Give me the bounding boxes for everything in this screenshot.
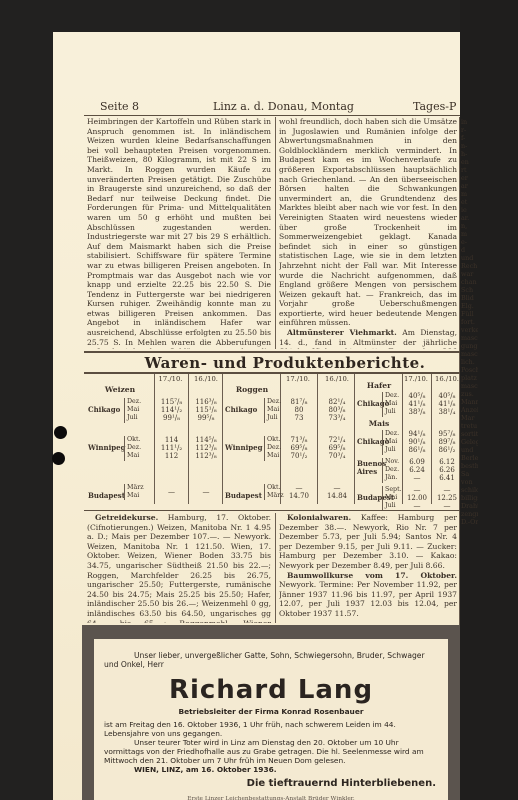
- commodity-label: Weizen: [86, 386, 154, 394]
- table-divider: [402, 374, 403, 504]
- column-divider: [275, 117, 276, 349]
- table-divider: [431, 374, 432, 504]
- commodity-label: Hafer: [355, 382, 403, 390]
- article-right: wohl freundlich, doch haben sich die Ums…: [279, 117, 457, 349]
- fragment-text: n,: [461, 222, 478, 230]
- market-label: Winnipeg: [88, 444, 125, 452]
- month-list: Okt. Dez. Mai: [264, 436, 281, 461]
- price-table: 17./10.16./10.17./10.16./10.17./10.16./1…: [86, 374, 460, 504]
- date-header: 17./10.: [402, 375, 430, 383]
- punch-hole: [54, 426, 67, 439]
- price-value: —: [190, 488, 222, 496]
- fragment-text: Mar: [461, 414, 478, 422]
- fragment-text: Berle: [461, 454, 478, 462]
- market-label: Budapest: [88, 492, 125, 500]
- price-value: — 14.84: [319, 484, 355, 500]
- month-list: Nov. Dez. Jän.: [382, 458, 399, 483]
- fragment-text: und: [461, 254, 478, 262]
- fragment-text: r-: [461, 126, 478, 134]
- price-value: 81⁷/₈ 80 73: [282, 398, 316, 423]
- fragment-text: Elg.: [461, 302, 478, 310]
- page-label: Seite 8: [100, 100, 139, 113]
- month-list: Dez. Mai Juli: [124, 398, 141, 423]
- notice-place-date: WIEN, LINZ, am 16. Oktober 1936.: [104, 766, 440, 775]
- deceased-name: Richard Lang: [94, 675, 448, 705]
- date-header: 16./10.: [432, 375, 462, 383]
- fragment-text: Füll: [461, 310, 478, 318]
- baumwolle-text: Newyork. Termine: Per November 11.92, pe…: [279, 580, 457, 618]
- fragment-text: sortit: [461, 430, 478, 438]
- fragment-text: von: [461, 478, 478, 486]
- fragment-text: schilo: [461, 486, 478, 494]
- price-value: 115⁷/₈ 114¹/₂ 99¹/₈: [156, 398, 187, 423]
- fragment-text: n-: [461, 142, 478, 150]
- fragment-text: Posch: [461, 366, 478, 374]
- viehmarkt-title: Altmünsterer Viehmarkt.: [287, 328, 397, 337]
- fragment-text: zengru: [461, 510, 478, 518]
- month-list: Sept. Mai Juli: [382, 486, 402, 511]
- price-value: 6.12 6.26 6.41: [433, 458, 461, 483]
- fragment-text: f-: [461, 134, 478, 142]
- deceased-position: Betriebsleiter der Firma Konrad Rosenbau…: [94, 707, 448, 716]
- fragment-text: d: [461, 246, 478, 254]
- market-label: Chikago: [225, 406, 257, 414]
- baumwolle-title: Baumwollkurse vom 17. Oktober.: [287, 571, 457, 580]
- header-rule: [84, 115, 460, 116]
- commodity-label: Roggen: [223, 386, 281, 394]
- adjacent-column-fragment: inr-f-n-h-enrterarmetiear.n,me-dundRechw…: [461, 118, 478, 798]
- fragment-text: Rech: [461, 262, 478, 270]
- fragment-text: er: [461, 174, 478, 182]
- month-list: Okt. Dez. Mai: [124, 436, 141, 461]
- fragment-text: D.-Or.: [461, 518, 478, 526]
- fragment-text: Draht: [461, 502, 478, 510]
- article-left-text: Heimbringen der Kartoffeln und Rüben sta…: [87, 117, 271, 349]
- paper-name-fragment: Tages-P: [413, 100, 456, 113]
- fragment-text: e-: [461, 238, 478, 246]
- price-value: — 12.25 —: [433, 486, 461, 511]
- price-value: 72¹/₄ 69⁵/₈ 70³/₄: [319, 436, 355, 461]
- fragment-text: Anzei: [461, 406, 478, 414]
- notice-text: ist am Freitag den 16. Oktober 1936, 1 U…: [104, 721, 440, 774]
- kolonialwaren-title: Kolonialwaren.: [287, 513, 351, 522]
- fragment-text: war: [461, 270, 478, 278]
- fragment-text: masch: [461, 334, 478, 342]
- price-value: — 14.70: [282, 484, 316, 500]
- month-list: Okt. März: [264, 484, 284, 500]
- market-label: Budapest: [225, 492, 262, 500]
- fragment-text: zus.: [461, 390, 478, 398]
- commodity-label: Mais: [355, 420, 403, 428]
- fragment-text: Blid: [461, 294, 478, 302]
- price-value: —: [156, 488, 187, 496]
- fragment-text: et: [461, 198, 478, 206]
- date-header: 17./10.: [154, 375, 187, 383]
- fragment-text: platz: [461, 374, 478, 382]
- price-value: 95⁷/₈ 89⁷/₈ 86¹/₂: [433, 430, 461, 455]
- table-bottom-rule: [84, 510, 460, 511]
- notice-body-1: ist am Freitag den 16. Oktober 1936, 1 U…: [104, 721, 440, 739]
- price-value: 6.09 6.24 —: [404, 458, 430, 483]
- month-list: Dez. Mai Juli: [382, 430, 399, 455]
- dateline: Linz a. d. Donau, Montag: [213, 100, 354, 113]
- fragment-text: tretu: [461, 422, 478, 430]
- market-label: Winnipeg: [225, 444, 262, 452]
- price-value: — 12.00 —: [404, 486, 430, 511]
- article-right-text: wohl freundlich, doch haben sich die Ums…: [279, 117, 457, 328]
- month-list: Dez. Mai Juli: [264, 398, 281, 423]
- fragment-text: besth.: [461, 462, 478, 470]
- month-list: Dez. Mai Juli: [382, 392, 399, 417]
- price-value: 114 111¹/₂ 112: [156, 436, 187, 461]
- section-rule: [84, 351, 460, 353]
- fragment-text: Sa: [461, 470, 478, 478]
- market-reports-right: Kolonialwaren. Kaffee: Hamburg per Dezem…: [279, 513, 457, 623]
- price-value: 116³/₈ 115¹/₈ 99⁵/₈: [190, 398, 222, 423]
- fragment-text: h-: [461, 150, 478, 158]
- fragment-text: masch: [461, 382, 478, 390]
- date-header: 16./10.: [318, 375, 356, 383]
- table-divider: [188, 374, 189, 504]
- notice-body-2: Unser teurer Toter wird in Linz am Diens…: [104, 739, 440, 766]
- table-divider: [317, 374, 318, 504]
- date-header: 16./10.: [189, 375, 223, 383]
- undertaker: Erste Linzer Leichenbestattungs-Anstalt …: [94, 796, 448, 800]
- death-notice-body: Unser lieber, unvergeßlicher Gatte, Sohn…: [94, 639, 448, 800]
- fragment-text: Geleg: [461, 438, 478, 446]
- column-divider: [275, 513, 276, 623]
- getreidekurse-text: Hamburg, 17. Oktober. (Cifnotierungen.) …: [87, 513, 271, 623]
- fragment-text: rt: [461, 166, 478, 174]
- table-divider: [154, 374, 155, 504]
- fragment-text: verke: [461, 326, 478, 334]
- date-header: 17./10.: [280, 375, 316, 383]
- price-value: 82¹/₄ 80³/₈ 73³/₄: [319, 398, 355, 423]
- death-notice: Unser lieber, unvergeßlicher Gatte, Sohn…: [82, 625, 460, 800]
- fragment-text: lich.: [461, 358, 478, 366]
- price-value: 94¹/₈ 90¹/₈ 86¹/₈: [404, 430, 430, 455]
- fragment-text: ar.: [461, 214, 478, 222]
- price-value: 114⁵/₈ 112³/₈ 112³/₈: [190, 436, 222, 461]
- fragment-text: m: [461, 190, 478, 198]
- price-value: 40⁵/₈ 41¹/₈ 38¹/₄: [433, 392, 461, 417]
- notice-signature: Die tieftrauernd Hinterbliebenen.: [247, 778, 436, 789]
- getreidekurse: Getreidekurse. Hamburg, 17. Oktober. (Ci…: [87, 513, 271, 623]
- section-title: Waren- und Produktenberichte.: [120, 354, 450, 372]
- fragment-text: gung: [461, 342, 478, 350]
- price-value: 71³/₈ 69⁵/₈ 70¹/₂: [282, 436, 316, 461]
- price-value: 40⁵/₈ 41¹/₈ 38³/₈: [404, 392, 430, 417]
- fragment-text: in: [461, 118, 478, 126]
- fragment-text: Mann: [461, 398, 478, 406]
- fragment-text: masch: [461, 350, 478, 358]
- fragment-text: billigst: [461, 494, 478, 502]
- getreidekurse-title: Getreidekurse.: [95, 513, 158, 522]
- fragment-text: Sch: [461, 286, 478, 294]
- fragment-text: chan: [461, 278, 478, 286]
- punch-hole: [52, 452, 65, 465]
- fragment-text: ie: [461, 206, 478, 214]
- fragment-text: m: [461, 230, 478, 238]
- fragment-text: und: [461, 446, 478, 454]
- article-left: Heimbringen der Kartoffeln und Rüben sta…: [87, 117, 271, 349]
- fragment-text: ar: [461, 182, 478, 190]
- fragment-text: en: [461, 158, 478, 166]
- month-list: März Mai: [124, 484, 144, 500]
- fragment-text: fort.: [461, 318, 478, 326]
- market-label: Chikago: [88, 406, 120, 414]
- notice-intro: Unser lieber, unvergeßlicher Gatte, Sohn…: [104, 651, 440, 669]
